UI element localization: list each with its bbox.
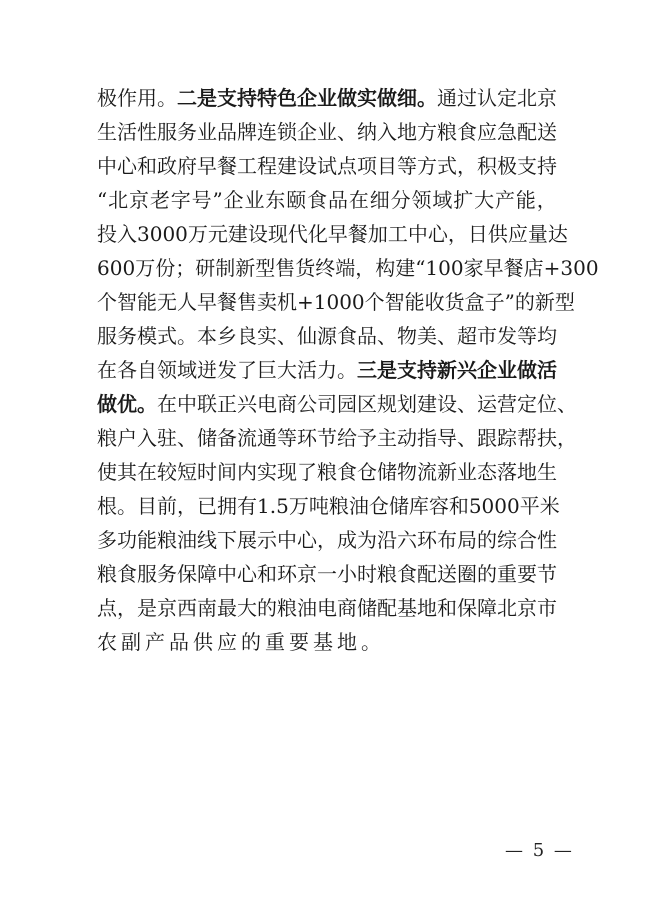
text: 下 <box>217 523 237 557</box>
text: 品 <box>169 625 193 659</box>
text: 落 <box>497 455 517 489</box>
text: 府 <box>177 149 197 183</box>
text: 品 <box>217 115 237 149</box>
text: 建 <box>277 149 297 183</box>
text: 平 <box>520 489 540 523</box>
text: 市 <box>537 591 557 625</box>
text: 现 <box>277 455 297 489</box>
text: 保 <box>177 557 197 591</box>
text: 老 <box>150 183 170 217</box>
text: 巨 <box>257 353 277 387</box>
text: 应 <box>508 217 528 251</box>
text: 的 <box>477 557 497 591</box>
bold-text: 企 <box>297 81 317 115</box>
text: 工 <box>237 149 257 183</box>
text: 份 <box>155 251 175 285</box>
text: 。 <box>361 625 385 659</box>
text: 在 <box>157 387 177 421</box>
text: 货 <box>295 251 315 285</box>
text: 送 <box>537 115 557 149</box>
text: 圈 <box>457 557 477 591</box>
text: ” <box>505 285 515 319</box>
text: 早 <box>328 217 348 251</box>
text: 设 <box>437 387 457 421</box>
bold-text: 是 <box>197 81 217 115</box>
text: 连 <box>257 115 277 149</box>
bold-text: 活 <box>537 353 557 387</box>
text: 园 <box>337 387 357 421</box>
text: 纳 <box>357 115 377 149</box>
text: 3000 <box>137 217 188 251</box>
text: 的 <box>477 523 497 557</box>
text: 早 <box>484 251 504 285</box>
text: 前 <box>157 489 177 523</box>
text: 储 <box>197 421 217 455</box>
text: 端 <box>335 251 355 285</box>
text: +1000 <box>297 285 365 319</box>
bold-text: 。 <box>417 81 437 115</box>
text: ， <box>177 489 197 523</box>
text: 机 <box>277 285 297 319</box>
text: 乡 <box>217 319 237 353</box>
text: 配 <box>417 557 437 591</box>
text: 支 <box>517 149 537 183</box>
text: 配 <box>517 115 537 149</box>
text: 流 <box>417 455 437 489</box>
text: 生 <box>97 115 117 149</box>
text: 应 <box>477 115 497 149</box>
text: 副 <box>121 625 145 659</box>
text: 化 <box>308 217 328 251</box>
text: 企 <box>224 183 244 217</box>
bold-text: 做 <box>517 353 537 387</box>
text: 农 <box>97 625 121 659</box>
text: 节 <box>537 557 557 591</box>
text: 制 <box>215 251 235 285</box>
text: 业 <box>244 183 264 217</box>
text: 方 <box>417 149 437 183</box>
text: 电 <box>317 591 337 625</box>
bold-text: 是 <box>377 353 397 387</box>
bold-text: 支 <box>397 353 417 387</box>
text: 食 <box>307 183 327 217</box>
text: 业 <box>457 455 477 489</box>
body-paragraph: 极作用。二是支持特色企业做实做细。通过认定北京生活性服务业品牌连锁企业、纳入地方… <box>97 81 557 659</box>
text: 。 <box>117 489 137 523</box>
text: 、 <box>457 421 477 455</box>
text: 成 <box>337 523 357 557</box>
text: 是 <box>137 591 157 625</box>
text: 了 <box>297 455 317 489</box>
text: 线 <box>197 523 217 557</box>
text: 、 <box>457 387 477 421</box>
text: 、 <box>377 319 397 353</box>
text: 粮 <box>377 557 397 591</box>
text: 。 <box>157 81 177 115</box>
text: 能 <box>137 285 157 319</box>
text: 重 <box>497 557 517 591</box>
bold-text: 做 <box>377 81 397 115</box>
text: 南 <box>197 591 217 625</box>
text: 目 <box>377 149 397 183</box>
text: 性 <box>537 523 557 557</box>
text: 域 <box>432 183 452 217</box>
text: 、 <box>337 115 357 149</box>
text: ， <box>355 251 375 285</box>
text: 元 <box>208 217 228 251</box>
text: ， <box>317 523 337 557</box>
text: 有 <box>237 489 257 523</box>
text: 能 <box>516 183 536 217</box>
text: 食 <box>337 319 357 353</box>
text: 库 <box>409 489 429 523</box>
text: 早 <box>197 149 217 183</box>
text: 一 <box>317 557 337 591</box>
text: 位 <box>537 387 557 421</box>
text: 合 <box>517 523 537 557</box>
text: 小 <box>337 557 357 591</box>
text-line: 个智能无人早餐售卖机+1000个智能收货盒子”的新型 <box>97 285 557 319</box>
bold-text: 做 <box>337 81 357 115</box>
text: 点 <box>97 591 117 625</box>
text: 商 <box>277 387 297 421</box>
text: 方 <box>417 115 437 149</box>
text: 和 <box>449 489 469 523</box>
text: 在 <box>137 455 157 489</box>
bold-text: 业 <box>317 81 337 115</box>
text: 建 <box>228 217 248 251</box>
text: 务 <box>117 319 137 353</box>
text-line: “北京老字号”企业东颐食品在细分领域扩大产能， <box>97 183 557 217</box>
text: 中 <box>217 557 237 591</box>
text: 早 <box>197 285 217 319</box>
text: 个 <box>365 285 385 319</box>
text: 工 <box>388 217 408 251</box>
text: 通 <box>437 81 457 115</box>
text: 导 <box>437 421 457 455</box>
text: 要 <box>289 625 313 659</box>
text: +300 <box>544 251 599 285</box>
text: 智 <box>117 285 137 319</box>
text: 营 <box>497 387 517 421</box>
text: 和 <box>437 591 457 625</box>
text: 仙 <box>297 319 317 353</box>
text: 域 <box>177 353 197 387</box>
text: 规 <box>377 387 397 421</box>
text: 正 <box>217 387 237 421</box>
text: 已 <box>197 489 217 523</box>
text: 中 <box>277 523 297 557</box>
text-line: 点，是京西南最大的粮油电商储配基地和保障北京市 <box>97 591 557 625</box>
text: 米 <box>540 489 560 523</box>
text: 功 <box>117 523 137 557</box>
bold-text: 实 <box>357 81 377 115</box>
text: 踪 <box>497 421 517 455</box>
text: 京 <box>537 81 557 115</box>
text: 美 <box>417 319 437 353</box>
text: 北 <box>497 591 517 625</box>
text: 物 <box>397 455 417 489</box>
text: 环 <box>277 557 297 591</box>
text: 京 <box>517 591 537 625</box>
text: 其 <box>117 455 137 489</box>
text: 仓 <box>369 489 389 523</box>
text: 在 <box>349 183 369 217</box>
bold-text: 新 <box>437 353 457 387</box>
text: ” <box>212 183 222 217</box>
text: 投 <box>97 217 117 251</box>
text: 短 <box>177 455 197 489</box>
text: 环 <box>417 523 437 557</box>
text: 分 <box>391 183 411 217</box>
text: 仓 <box>357 455 377 489</box>
text: 生 <box>537 455 557 489</box>
text-line: 根。目前，已拥有1.5万吨粮油仓储库容和5000平米 <box>97 489 557 523</box>
text: 目 <box>137 489 157 523</box>
text: 现 <box>268 217 288 251</box>
text: 家 <box>464 251 484 285</box>
text: 配 <box>377 591 397 625</box>
text: 油 <box>297 591 317 625</box>
text: 务 <box>177 115 197 149</box>
text: 扩 <box>453 183 473 217</box>
text: 粮 <box>97 421 117 455</box>
bold-text: 企 <box>477 353 497 387</box>
text: 性 <box>137 115 157 149</box>
text: 迸 <box>197 353 217 387</box>
text: 收 <box>425 285 445 319</box>
text: 心 <box>117 149 137 183</box>
text: 颐 <box>286 183 306 217</box>
text: 大 <box>237 591 257 625</box>
text: 的 <box>515 285 535 319</box>
text: 、 <box>277 319 297 353</box>
text: 餐 <box>217 285 237 319</box>
text: 流 <box>237 421 257 455</box>
text: “ <box>97 183 107 217</box>
text: 售 <box>237 285 257 319</box>
text: 活 <box>297 353 317 387</box>
text: 间 <box>217 455 237 489</box>
text: 品 <box>357 319 377 353</box>
text: 动 <box>397 421 417 455</box>
bold-text: 兴 <box>457 353 477 387</box>
text: 点 <box>337 149 357 183</box>
bold-text: 支 <box>217 81 237 115</box>
text: 字 <box>171 183 191 217</box>
text: 、 <box>437 319 457 353</box>
text: 要 <box>517 557 537 591</box>
text: 京 <box>129 183 149 217</box>
text: 通 <box>257 421 277 455</box>
document-page: 极作用。二是支持特色企业做实做细。通过认定北京生活性服务业品牌连锁企业、纳入地方… <box>0 0 650 919</box>
text: 领 <box>157 353 177 387</box>
text: 食 <box>337 455 357 489</box>
text: 为 <box>357 523 377 557</box>
text: 吨 <box>309 489 329 523</box>
text: 最 <box>217 591 237 625</box>
text: 定 <box>517 387 537 421</box>
text: 粮 <box>97 557 117 591</box>
text: 锁 <box>277 115 297 149</box>
text: 。 <box>337 353 357 387</box>
text: 中 <box>97 149 117 183</box>
text: 式 <box>157 319 177 353</box>
text: 良 <box>237 319 257 353</box>
text: 划 <box>397 387 417 421</box>
text: 联 <box>197 387 217 421</box>
text: 容 <box>429 489 449 523</box>
text: “ <box>415 251 425 285</box>
text: 储 <box>357 591 377 625</box>
text: 东 <box>265 183 285 217</box>
text: 发 <box>497 319 517 353</box>
text: 万 <box>188 217 208 251</box>
text: 食 <box>457 115 477 149</box>
text: 量 <box>528 217 548 251</box>
text: 公 <box>297 387 317 421</box>
text: 业 <box>317 115 337 149</box>
text: 程 <box>257 149 277 183</box>
text: 户 <box>117 421 137 455</box>
text: 试 <box>317 149 337 183</box>
text: 区 <box>357 387 377 421</box>
text: 基 <box>313 625 337 659</box>
text: 极 <box>97 81 117 115</box>
text: 企 <box>297 115 317 149</box>
text-line: 多功能粮油线下展示中心，成为沿六环布局的综合性 <box>97 523 557 557</box>
text: 帮 <box>517 421 537 455</box>
text-line: 生活性服务业品牌连锁企业、纳入地方粮食应急配送 <box>97 115 557 149</box>
text: 用 <box>137 81 157 115</box>
text: 盒 <box>465 285 485 319</box>
text: 予 <box>357 421 377 455</box>
text: 保 <box>457 591 477 625</box>
text: 布 <box>437 523 457 557</box>
text: 粮 <box>437 115 457 149</box>
text: 储 <box>377 455 397 489</box>
text: 粮 <box>317 455 337 489</box>
text: 和 <box>137 149 157 183</box>
text: 时 <box>197 455 217 489</box>
text: 急 <box>497 115 517 149</box>
text: 构 <box>375 251 395 285</box>
text: 中 <box>177 387 197 421</box>
text: 能 <box>405 285 425 319</box>
text: 给 <box>337 421 357 455</box>
text: 认 <box>477 81 497 115</box>
text: 1.5 <box>257 489 289 523</box>
text-line: 在各自领域迸发了巨大活力。三是支持新兴企业做活 <box>97 353 557 387</box>
text: 京 <box>157 591 177 625</box>
text: 等 <box>397 149 417 183</box>
text: 持 <box>537 149 557 183</box>
text: 本 <box>197 319 217 353</box>
bold-text: 。 <box>137 387 157 421</box>
text: 入 <box>377 115 397 149</box>
text: 重 <box>265 625 289 659</box>
text: 加 <box>368 217 388 251</box>
text: 设 <box>297 149 317 183</box>
text: 指 <box>417 421 437 455</box>
text: 活 <box>117 115 137 149</box>
text: 市 <box>477 319 497 353</box>
text: 供 <box>488 217 508 251</box>
text-line: 中心和政府早餐工程建设试点项目等方式，积极支持 <box>97 149 557 183</box>
text: 地 <box>517 455 537 489</box>
text: 的 <box>257 591 277 625</box>
text: 扶 <box>537 421 557 455</box>
text: 应 <box>217 625 241 659</box>
text: 拥 <box>217 489 237 523</box>
text: 运 <box>477 387 497 421</box>
text: 型 <box>255 251 275 285</box>
text: 研 <box>195 251 215 285</box>
text: 力 <box>317 353 337 387</box>
bold-text: 做 <box>97 387 117 421</box>
text: 自 <box>137 353 157 387</box>
text: 跟 <box>477 421 497 455</box>
text: 中 <box>408 217 428 251</box>
text: 人 <box>177 285 197 319</box>
text: 展 <box>237 523 257 557</box>
text: 备 <box>217 421 237 455</box>
text-line: 使其在较短时间内实现了粮食仓储物流新业态落地生 <box>97 455 557 489</box>
text: ， <box>457 149 477 183</box>
text: 了 <box>237 353 257 387</box>
text: 电 <box>257 387 277 421</box>
text: 产 <box>145 625 169 659</box>
text: 服 <box>157 115 177 149</box>
text: 使 <box>97 455 117 489</box>
text: 餐 <box>217 149 237 183</box>
text: 服 <box>137 557 157 591</box>
text: 储 <box>389 489 409 523</box>
text: 货 <box>445 285 465 319</box>
text: 式 <box>437 149 457 183</box>
text: 入 <box>137 421 157 455</box>
text: 极 <box>497 149 517 183</box>
text: 店 <box>524 251 544 285</box>
text: 等 <box>517 319 537 353</box>
text: 万 <box>135 251 155 285</box>
text: 商 <box>337 591 357 625</box>
text: 和 <box>257 557 277 591</box>
text: 实 <box>257 455 277 489</box>
text: 作 <box>117 81 137 115</box>
text: 建 <box>395 251 415 285</box>
text: 终 <box>315 251 335 285</box>
text: 。 <box>177 319 197 353</box>
text: 达 <box>548 217 568 251</box>
text-line: 600万份；研制新型售货终端，构建“100家早餐店+300 <box>97 251 557 285</box>
text: 地 <box>417 591 437 625</box>
text: ， <box>117 591 137 625</box>
text: 卖 <box>257 285 277 319</box>
text: 心 <box>237 557 257 591</box>
text: 态 <box>477 455 497 489</box>
text: 较 <box>157 455 177 489</box>
text: 障 <box>477 591 497 625</box>
text: 局 <box>457 523 477 557</box>
text: 障 <box>197 557 217 591</box>
text: 产 <box>495 183 515 217</box>
text: 兴 <box>237 387 257 421</box>
text: 各 <box>117 353 137 387</box>
bold-text: 持 <box>237 81 257 115</box>
bold-text: 持 <box>417 353 437 387</box>
text: 北 <box>517 81 537 115</box>
